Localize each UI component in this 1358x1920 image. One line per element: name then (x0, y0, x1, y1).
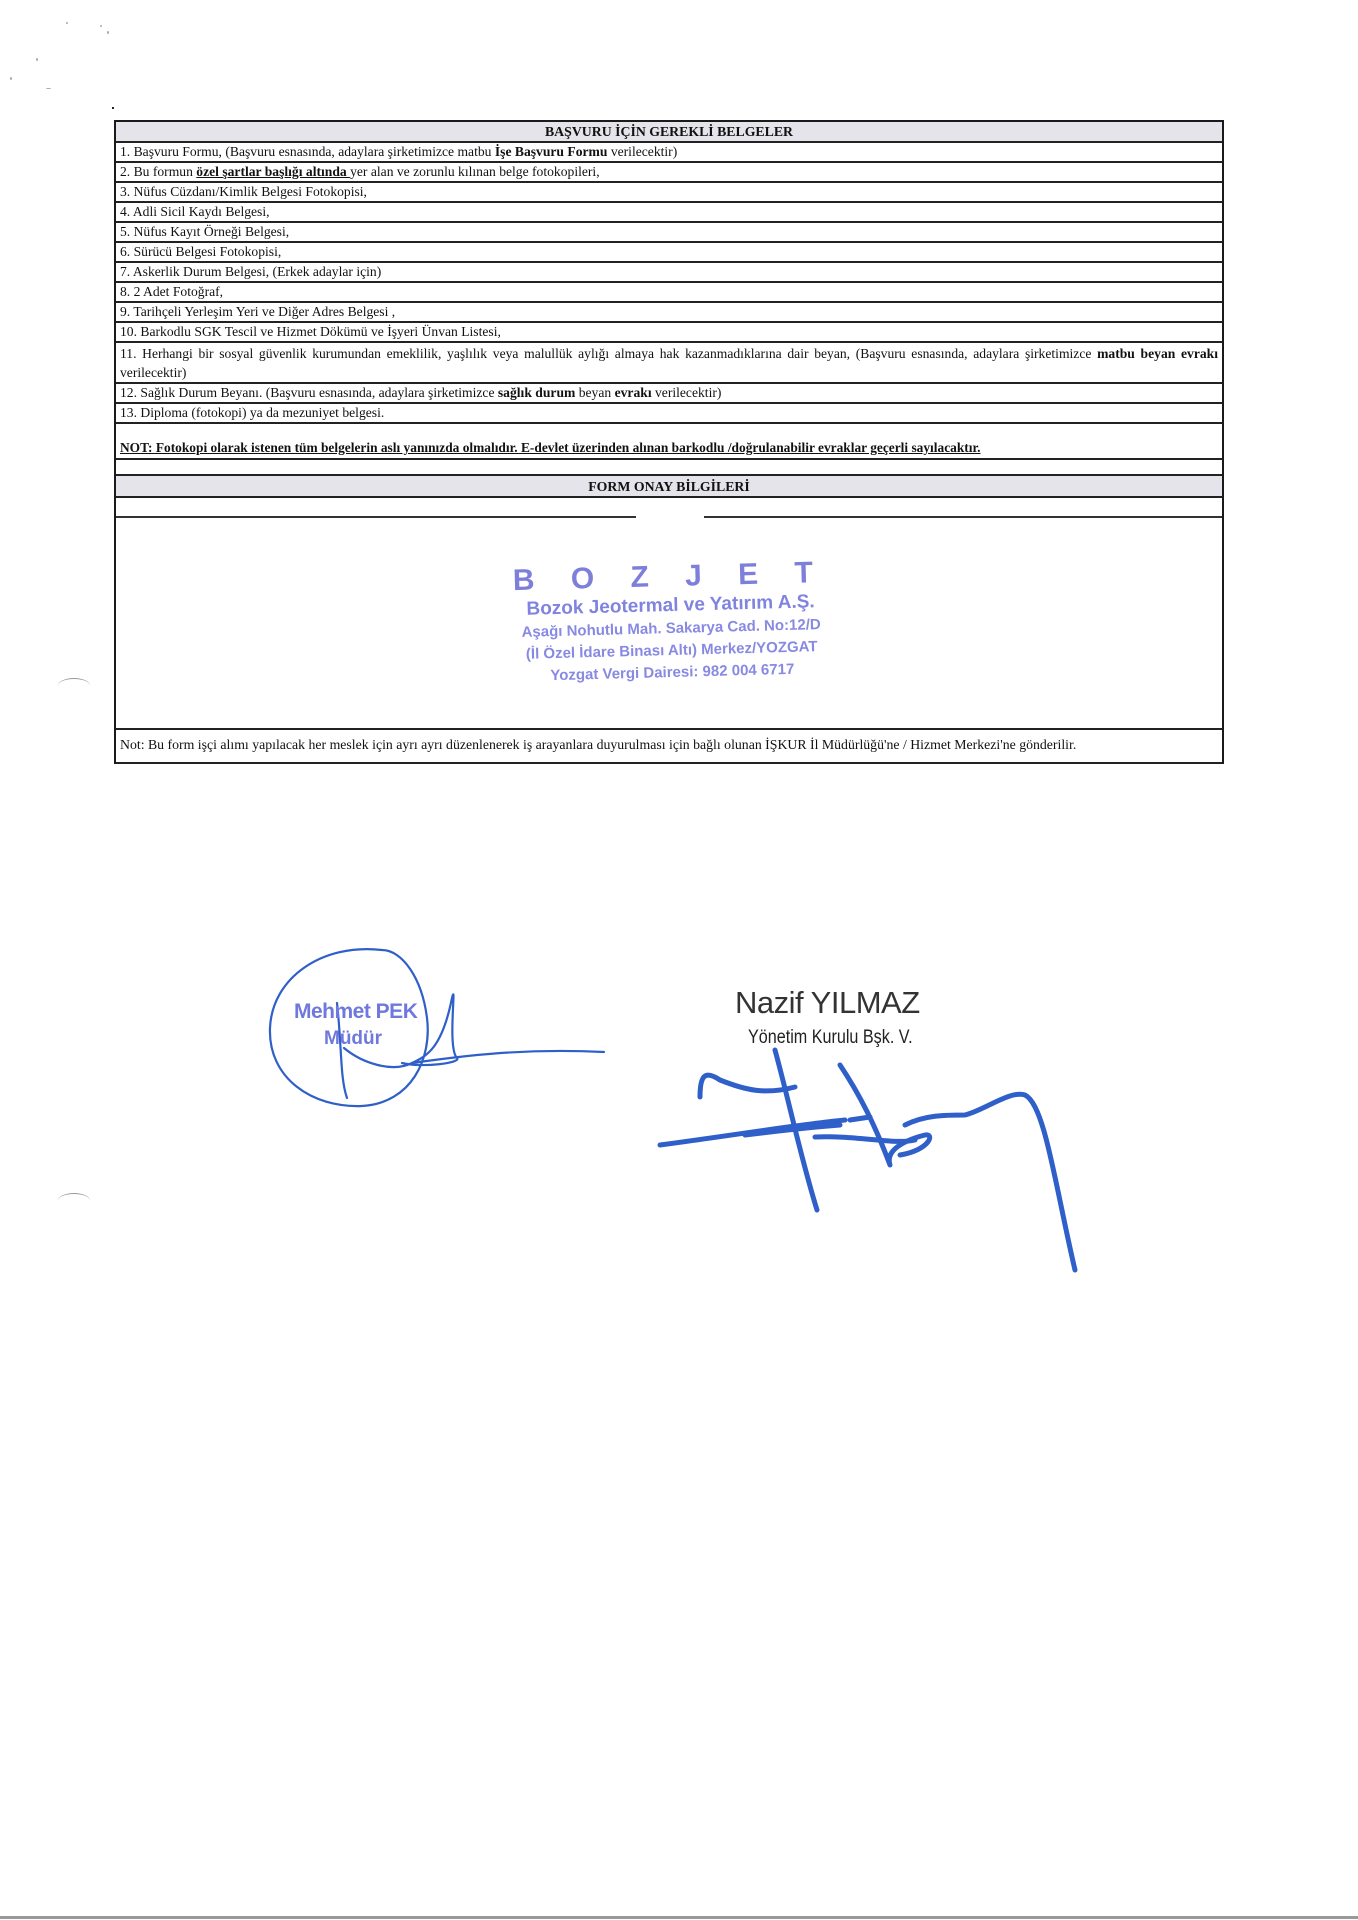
document-item: 4. Adli Sicil Kaydı Belgesi, (116, 203, 1222, 223)
document-item: 12. Sağlık Durum Beyanı. (Başvuru esnası… (116, 384, 1222, 404)
signature-left: Mehmet PEK Müdür (262, 938, 602, 1108)
approval-blank-row (116, 498, 1222, 518)
required-documents-table: BAŞVURU İÇİN GEREKLİ BELGELER 1. Başvuru… (114, 120, 1224, 764)
required-documents-heading: BAŞVURU İÇİN GEREKLİ BELGELER (116, 122, 1222, 143)
document-item: 13. Diploma (fotokopi) ya da mezuniyet b… (116, 404, 1222, 424)
signature-right: Nazif YILMAZ Yönetim Kurulu Bşk. V. (645, 985, 1095, 1275)
document-item: 9. Tarihçeli Yerleşim Yeri ve Diğer Adre… (116, 303, 1222, 323)
required-documents-list: 1. Başvuru Formu, (Başvuru esnasında, ad… (116, 143, 1222, 424)
document-item: 7. Askerlik Durum Belgesi, (Erkek adayla… (116, 263, 1222, 283)
document-item: 11. Herhangi bir sosyal güvenlik kurumun… (116, 343, 1222, 384)
document-item: 10. Barkodlu SGK Tescil ve Hizmet Dökümü… (116, 323, 1222, 343)
company-stamp: B O Z J E T Bozok Jeotermal ve Yatırım A… (469, 555, 872, 689)
document-item: 1. Başvuru Formu, (Başvuru esnasında, ad… (116, 143, 1222, 163)
document-item: 8. 2 Adet Fotoğraf, (116, 283, 1222, 303)
signature-left-title: Müdür (324, 1028, 382, 1050)
signature-scribble-right-icon (645, 985, 1095, 1275)
company-stamp-area: B O Z J E T Bozok Jeotermal ve Yatırım A… (116, 518, 1222, 730)
document-item: 2. Bu formun özel şartlar başlığı altınd… (116, 163, 1222, 183)
document-item: 6. Sürücü Belgesi Fotokopisi, (116, 243, 1222, 263)
document-item: 5. Nüfus Kayıt Örneği Belgesi, (116, 223, 1222, 243)
scan-dot (112, 107, 114, 109)
scan-arc (58, 678, 90, 693)
signature-left-name: Mehmet PEK (294, 1000, 417, 1024)
document-item: 3. Nüfus Cüzdanı/Kimlik Belgesi Fotokopi… (116, 183, 1222, 203)
spacer-row (116, 460, 1222, 476)
scan-arc (58, 1193, 90, 1208)
footer-note: Not: Bu form işçi alımı yapılacak her me… (116, 730, 1222, 764)
scan-edge-line (0, 1916, 1358, 1919)
photocopy-note: NOT: Fotokopi olarak istenen tüm belgele… (116, 424, 1222, 460)
form-approval-heading: FORM ONAY BİLGİLERİ (116, 476, 1222, 498)
